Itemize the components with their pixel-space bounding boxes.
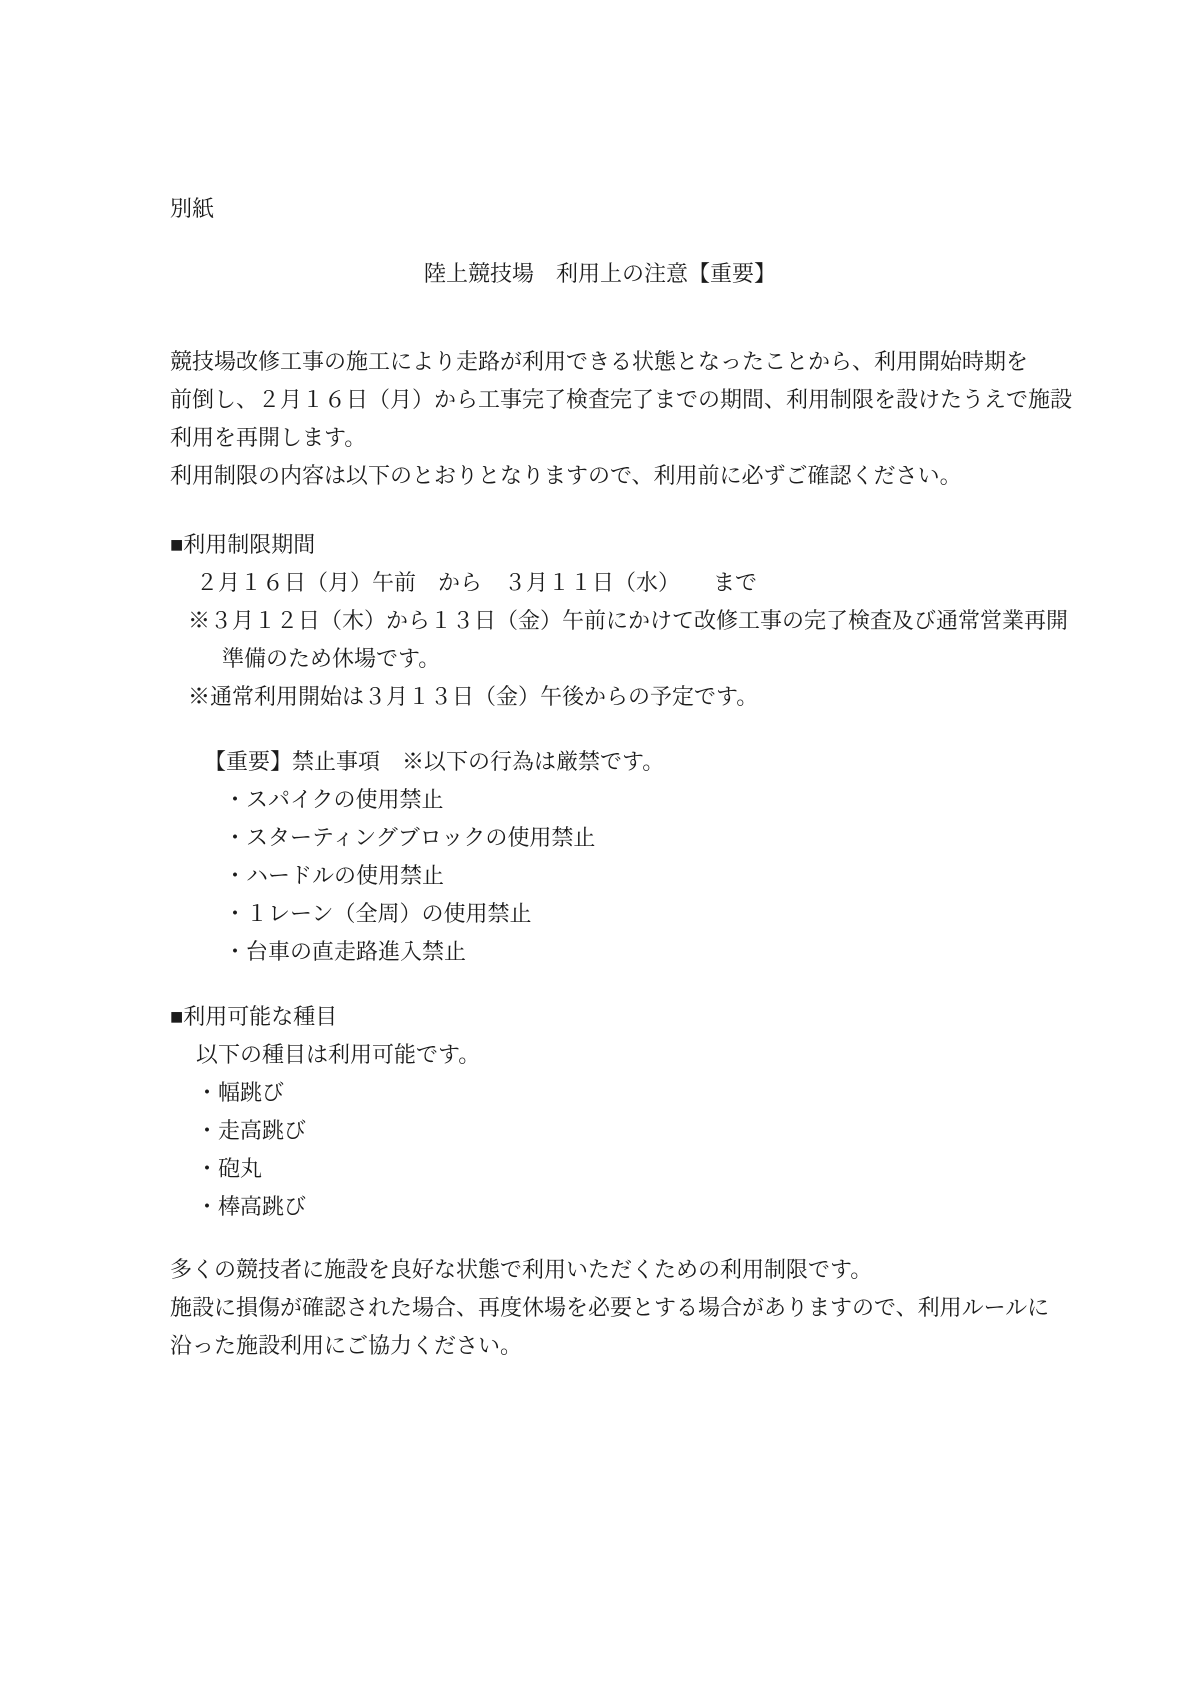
restriction-period-section: ■利用制限期間 ２月１６日（月）午前 から ３月１１日（水） まで ※３月１２日… bbox=[170, 526, 1070, 716]
prohibited-item: ・１レーン（全周）の使用禁止 bbox=[170, 895, 1070, 933]
prohibited-item: ・スターティングブロックの使用禁止 bbox=[170, 819, 1070, 857]
prohibited-item: ・スパイクの使用禁止 bbox=[170, 781, 1070, 819]
intro-line: 前倒し、２月１６日（月）から工事完了検査完了までの期間、利用制限を設けたうえで施… bbox=[170, 381, 1070, 419]
attachment-label: 別紙 bbox=[170, 190, 1070, 228]
prohibited-heading: 【重要】禁止事項 ※以下の行為は厳禁です。 bbox=[170, 743, 1070, 781]
prohibited-item: ・ハードルの使用禁止 bbox=[170, 857, 1070, 895]
available-item: ・走高跳び bbox=[170, 1112, 1070, 1150]
prohibited-section: 【重要】禁止事項 ※以下の行為は厳禁です。 ・スパイクの使用禁止・スターティング… bbox=[170, 743, 1070, 971]
available-section: ■利用可能な種目 以下の種目は利用可能です。 ・幅跳び・走高跳び・砲丸・棒高跳び bbox=[170, 998, 1070, 1226]
available-item: ・棒高跳び bbox=[170, 1188, 1070, 1226]
closing-line: 沿った施設利用にご協力ください。 bbox=[170, 1327, 1070, 1365]
document-page: 別紙 陸上競技場 利用上の注意【重要】 競技場改修工事の施工により走路が利用でき… bbox=[0, 0, 1200, 1697]
document-content: 別紙 陸上競技場 利用上の注意【重要】 競技場改修工事の施工により走路が利用でき… bbox=[170, 0, 1070, 1365]
restriction-period-dates: ２月１６日（月）午前 から ３月１１日（水） まで bbox=[170, 564, 1070, 602]
document-title: 陸上競技場 利用上の注意【重要】 bbox=[170, 255, 1030, 293]
available-item: ・幅跳び bbox=[170, 1074, 1070, 1112]
available-item: ・砲丸 bbox=[170, 1150, 1070, 1188]
restriction-note-1-continued: 準備のため休場です。 bbox=[170, 640, 1070, 678]
closing-paragraph: 多くの競技者に施設を良好な状態で利用いただくための利用制限です。施設に損傷が確認… bbox=[170, 1251, 1070, 1365]
available-list: ・幅跳び・走高跳び・砲丸・棒高跳び bbox=[170, 1074, 1070, 1226]
closing-line: 多くの競技者に施設を良好な状態で利用いただくための利用制限です。 bbox=[170, 1251, 1070, 1289]
intro-line: 利用制限の内容は以下のとおりとなりますので、利用前に必ずご確認ください。 bbox=[170, 457, 1070, 495]
closing-line: 施設に損傷が確認された場合、再度休場を必要とする場合がありますので、利用ルールに bbox=[170, 1289, 1070, 1327]
available-heading: ■利用可能な種目 bbox=[170, 998, 1070, 1036]
intro-line: 競技場改修工事の施工により走路が利用できる状態となったことから、利用開始時期を bbox=[170, 343, 1070, 381]
intro-paragraph: 競技場改修工事の施工により走路が利用できる状態となったことから、利用開始時期を前… bbox=[170, 343, 1070, 495]
restriction-note-2: ※通常利用開始は３月１３日（金）午後からの予定です。 bbox=[170, 678, 1070, 716]
restriction-period-heading: ■利用制限期間 bbox=[170, 526, 1070, 564]
intro-line: 利用を再開します。 bbox=[170, 419, 1070, 457]
prohibited-item: ・台車の直走路進入禁止 bbox=[170, 933, 1070, 971]
restriction-note-1: ※３月１２日（木）から１３日（金）午前にかけて改修工事の完了検査及び通常営業再開 bbox=[170, 602, 1070, 640]
prohibited-list: ・スパイクの使用禁止・スターティングブロックの使用禁止・ハードルの使用禁止・１レ… bbox=[170, 781, 1070, 971]
available-intro: 以下の種目は利用可能です。 bbox=[170, 1036, 1070, 1074]
